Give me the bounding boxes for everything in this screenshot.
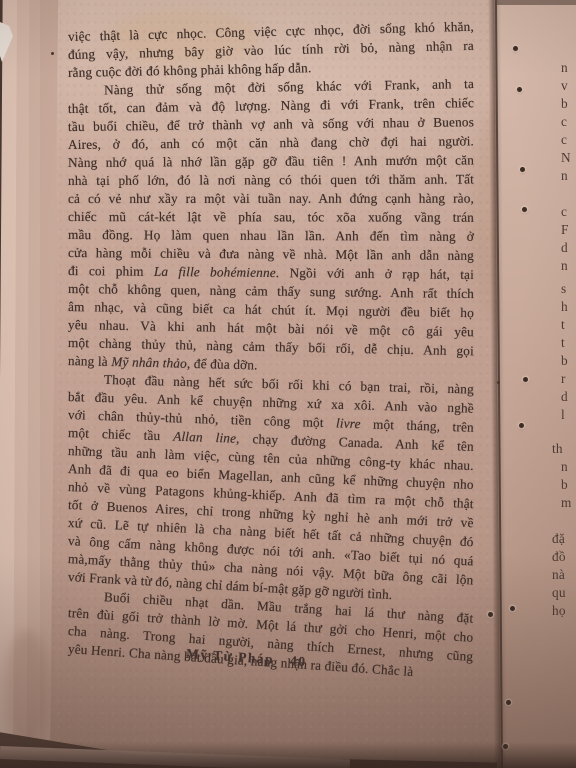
wormhole	[520, 167, 525, 172]
text-line: Aires, ở đó, anh có một căn nhà đang chờ…	[68, 132, 474, 154]
wormhole	[488, 612, 493, 617]
edge-fragment: n	[561, 168, 568, 184]
edge-fragment: nà	[552, 567, 565, 583]
text-segment: một tháng, trên	[360, 416, 474, 435]
edge-fragment: d	[561, 389, 568, 405]
text-segment: cửa hàng mỗi chiều và đưa nàng về nhà. M…	[68, 245, 474, 263]
edge-fragment: b	[561, 353, 568, 369]
book-photo: việc thật là cực nhọc. Công việc cực nhọ…	[0, 0, 576, 768]
edge-fragment: c	[561, 204, 567, 220]
text-segment: thật tốt, can đảm và độ lượng. Nàng đi v…	[68, 95, 474, 116]
text-segment: livre	[336, 415, 361, 431]
text-line: cả có vẻ như xầy ra một vài tuần nay. An…	[68, 190, 474, 208]
wormhole	[503, 744, 508, 749]
wormhole	[513, 46, 518, 51]
edge-fragment: t	[561, 335, 565, 351]
wormhole	[510, 606, 515, 611]
text-segment: đi coi phim	[68, 263, 154, 279]
edge-fragment: b	[561, 96, 568, 112]
paragraph: Nàng thử sống một đời sống khác với Fran…	[68, 82, 474, 370]
edge-fragment: th	[552, 441, 563, 457]
text-segment: mầu đồng. Họ làm quen nhau lần lần. Anh …	[68, 227, 474, 244]
paragraph: Thoạt đầu nàng hết sức bối rối khi có bạ…	[68, 370, 474, 586]
wormhole	[519, 423, 524, 428]
wormhole	[517, 87, 522, 92]
edge-fragment: đồ	[552, 549, 566, 565]
text-segment: La fille bohémienne	[154, 264, 276, 280]
edge-fragment: l	[561, 407, 565, 423]
edge-fragment: r	[561, 371, 566, 387]
text-segment: Mỹ nhân thảo	[111, 354, 187, 371]
edge-fragment: N	[561, 150, 571, 166]
edge-fragment: n	[561, 459, 568, 475]
edge-fragment: s	[561, 281, 566, 297]
text-segment: Allan line	[173, 429, 236, 446]
edge-fragment: b	[561, 477, 568, 493]
edge-fragment: t	[561, 317, 565, 333]
edge-fragment: n	[561, 60, 568, 76]
text-segment: cả có vẻ như xầy ra một vài tuần nay. An…	[68, 191, 474, 206]
text-segment: , để đùa dỡn.	[187, 356, 258, 373]
text-line: nhà tại phố lớn, đó là nơi nàng có thói …	[68, 171, 474, 190]
edge-fragment: họ	[552, 603, 566, 619]
edge-fragment: đặ	[552, 531, 565, 547]
text-segment: chiếc mũ cát-két lật về phía sau, tóc xõ…	[68, 209, 474, 225]
text-line: mầu đồng. Họ làm quen nhau lần lần. Anh …	[68, 226, 474, 246]
edge-fragment: qu	[552, 585, 566, 601]
facing-page-text-fragments: nvbccNncFdnshttbrdlthnbmđặđồnàquhọ	[552, 0, 576, 768]
text-segment: rằng cuộc đời đó không phải không hấp dẫ…	[68, 60, 312, 80]
wormhole	[523, 377, 528, 382]
text-line: chiếc mũ cát-két lật về phía sau, tóc xõ…	[68, 208, 474, 227]
page-text: việc thật là cực nhọc. Công việc cực nhọ…	[68, 28, 474, 658]
edge-fragment: v	[561, 78, 568, 94]
paragraph: việc thật là cực nhọc. Công việc cực nhọ…	[68, 28, 474, 82]
text-segment: Aires, ở đó, anh có một căn nhà đang chờ…	[68, 133, 474, 152]
text-segment: nhà tại phố lớn, đó là nơi nàng có thói …	[68, 172, 474, 188]
paper-speck	[51, 52, 54, 55]
edge-fragment: c	[561, 114, 567, 130]
text-segment: . Ngồi với anh ở rạp hát, tại	[276, 265, 474, 282]
edge-fragment: h	[561, 299, 568, 315]
edge-fragment: d	[561, 240, 568, 256]
edge-fragment: F	[561, 222, 569, 238]
text-segment: một chiếc tầu	[68, 425, 174, 444]
edge-fragment: n	[561, 258, 568, 274]
wormhole	[506, 700, 511, 705]
footer-page-number: 40	[290, 653, 308, 669]
text-segment: tầu buổi chiều, để trở thành vợ anh và s…	[68, 114, 474, 134]
edge-fragment: m	[561, 495, 572, 511]
edge-fragment: c	[561, 132, 567, 148]
paper-speck	[497, 381, 500, 384]
text-segment: Nàng nhớ quá là nhớ lần gặp gỡ đầu tiên …	[68, 152, 474, 170]
text-segment: nàng là	[68, 353, 112, 369]
wormhole	[522, 207, 527, 212]
text-line: Nàng nhớ quá là nhớ lần gặp gỡ đầu tiên …	[68, 151, 474, 172]
